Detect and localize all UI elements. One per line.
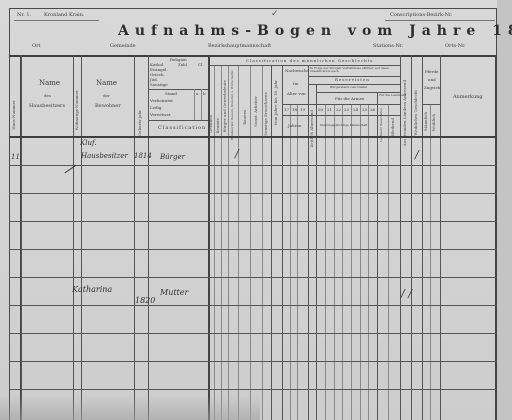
age-col: 17 — [284, 108, 289, 112]
col-line — [495, 55, 497, 420]
col-line — [400, 55, 401, 420]
foreign-absent-heading: Aus fremden Ländern Anwesend — [403, 80, 407, 146]
range-col: 21 — [327, 108, 332, 112]
owner-name-heading: Name — [39, 80, 60, 87]
form-frame — [9, 8, 497, 420]
assignment-note: In Folge der übrigen Verhältnisse zählba… — [310, 67, 398, 73]
religion-row: Sonstige — [150, 83, 168, 87]
horses-heading-2: und — [428, 78, 436, 82]
range-col: 25 — [362, 108, 367, 112]
house-number-heading: Haus-Nummer — [12, 100, 16, 130]
col-line — [360, 104, 361, 420]
check-mark: ✓ — [271, 10, 279, 19]
horses-sub: Männlich — [424, 112, 428, 131]
col-line — [148, 55, 149, 420]
row-1-right-mark: / — [415, 148, 419, 161]
range-col: 24 — [353, 108, 358, 112]
absent-temporarily-heading: Zeitlich Abwesend — [310, 110, 314, 147]
row-line — [9, 277, 497, 278]
resident-name-heading-2: der — [103, 94, 110, 98]
conscription-district-label: Conscriptions-Bezirk-Nr. — [390, 13, 452, 18]
male-col-heading: Beamte — [216, 118, 220, 133]
col-line — [334, 104, 335, 420]
col-line — [194, 89, 195, 120]
station-label: Stations-Nr. — [373, 44, 403, 49]
age-col: 18 — [292, 108, 297, 112]
col-line — [388, 104, 389, 420]
offspring-heading: Nachwuchs — [285, 69, 309, 73]
row-line — [9, 165, 497, 166]
header-subline — [148, 120, 208, 121]
status-row: Verwitwet — [150, 113, 171, 117]
col-line — [250, 65, 251, 420]
reserve-sub: Bürgerstand zum Dienst — [330, 86, 367, 89]
col-line — [81, 55, 82, 420]
range-col: 23 — [344, 108, 349, 112]
male-col-heading: Handwerker, Bauern, Künstler u. Wirtscha… — [231, 70, 234, 140]
row-line — [9, 221, 497, 222]
col-line — [422, 55, 423, 420]
col-line — [290, 104, 291, 420]
status-heading: Stand — [165, 92, 177, 96]
col-line — [377, 92, 378, 420]
row-line — [9, 249, 497, 250]
row-1-house-number: 11 — [11, 153, 20, 161]
row-1-classification: Bürger — [160, 153, 185, 161]
header-subline — [422, 104, 440, 105]
status-row: Verheiratet — [150, 99, 173, 103]
col-line — [342, 104, 343, 420]
place-number-label: Orts-Nr. — [445, 44, 466, 49]
row-1-resident-name: Hausbesitzer — [81, 152, 128, 160]
header-subline — [148, 89, 208, 90]
militia-sub: Bleibend — [391, 118, 395, 136]
resident-name-heading: Name — [96, 80, 117, 87]
form-number: Nr. 1. — [17, 13, 31, 18]
status-sub: a — [196, 92, 198, 96]
row-6-birth-year: 1820 — [135, 296, 155, 305]
army-age-label: Stellungspflichtige Mannschaft — [320, 124, 368, 127]
col-line — [368, 104, 369, 420]
col-line — [208, 55, 210, 420]
form-title: Aufnahms-Bogen vom Jahre 18 — [118, 24, 512, 38]
col-line — [21, 55, 22, 420]
male-col-heading: Bürger und Gewerbsleute — [223, 80, 227, 133]
row-6-classification: Mutter — [160, 288, 188, 297]
row-line — [9, 333, 497, 334]
owner-name-heading-3: Hausbesitzers — [29, 104, 65, 109]
district-authority-label: Bezirkshauptmannschaft — [208, 44, 271, 49]
religion-sub: Cl. — [198, 63, 204, 67]
born-in-year-heading: Vom Jahre bis 18. Jahr — [274, 80, 278, 125]
table-top-border — [9, 55, 497, 57]
col-line — [325, 104, 326, 420]
male-col-heading: Sonst. Arbeiter — [254, 96, 258, 127]
resident-name-heading-3: Bewohner — [95, 104, 121, 109]
status-row: Ledig — [150, 106, 161, 110]
header-subline — [282, 104, 400, 105]
horses-heading: Pferde — [425, 70, 438, 74]
age-col: 19 — [300, 108, 305, 112]
birth-year-heading: Geburts-Jahr — [138, 110, 142, 136]
col-line — [201, 89, 202, 120]
col-line — [351, 104, 352, 420]
header-underline-right — [385, 20, 495, 21]
age-heading-2: Alter von — [287, 92, 306, 96]
male-classification-heading: Classification des männlichen Geschlecht… — [246, 59, 373, 63]
row-1-birth-year: 1814 — [134, 152, 152, 160]
col-line — [271, 65, 272, 420]
range-col: 26 — [370, 108, 375, 112]
municipality-label: Gemeinde — [110, 44, 136, 49]
male-col-heading: Geistlich — [209, 115, 213, 133]
militia-sub: Landwehr Reservisten — [380, 108, 383, 142]
row-line — [9, 389, 497, 390]
crown-land: Kronland Krain. — [44, 13, 84, 18]
classification-heading: Classification — [158, 126, 206, 131]
header-underline-left — [14, 20, 99, 21]
male-col-heading: Sonstige Erwachsene — [264, 92, 268, 136]
religion-sub: Zahl — [178, 63, 187, 67]
col-line — [440, 55, 441, 420]
col-line — [316, 84, 317, 420]
row-line — [9, 361, 497, 362]
age-heading: Im — [293, 82, 298, 86]
col-line — [238, 65, 239, 420]
female-heading: Weibliches Geschlecht — [414, 90, 418, 136]
army-range-heading: Für die Armee — [335, 97, 364, 101]
col-line — [411, 55, 412, 420]
row-6-resident-name: Katharina — [72, 285, 112, 294]
header-bottom-border — [9, 136, 497, 138]
row-1-male-mark: / — [235, 147, 239, 160]
years-label: Jahren — [288, 124, 301, 128]
residence-number-heading: Wohnungs-Nummer — [75, 90, 79, 130]
reserve-heading: Reservisten — [335, 78, 370, 82]
col-line — [228, 65, 229, 420]
horses-sub: Weiblich — [432, 114, 436, 131]
owner-name-heading-2: des — [44, 94, 51, 98]
row-line — [9, 193, 497, 194]
row-1-note: Kluf. — [80, 139, 97, 147]
status-sub: b — [203, 92, 206, 96]
row-line — [9, 305, 497, 306]
horses-heading-3: Zugvieh — [424, 86, 440, 90]
col-line — [430, 104, 431, 420]
col-line — [297, 104, 298, 420]
range-col: 20 — [318, 108, 323, 112]
page-edge — [497, 0, 512, 420]
col-line — [134, 55, 135, 420]
range-col: 22 — [336, 108, 341, 112]
row-6-right-marks: / / — [401, 287, 412, 300]
remarks-heading: Anmerkung — [453, 95, 483, 100]
col-line — [282, 65, 283, 420]
male-col-heading: Bauern — [243, 110, 247, 125]
place-label: Ort — [32, 44, 41, 49]
page-shadow — [0, 395, 260, 420]
